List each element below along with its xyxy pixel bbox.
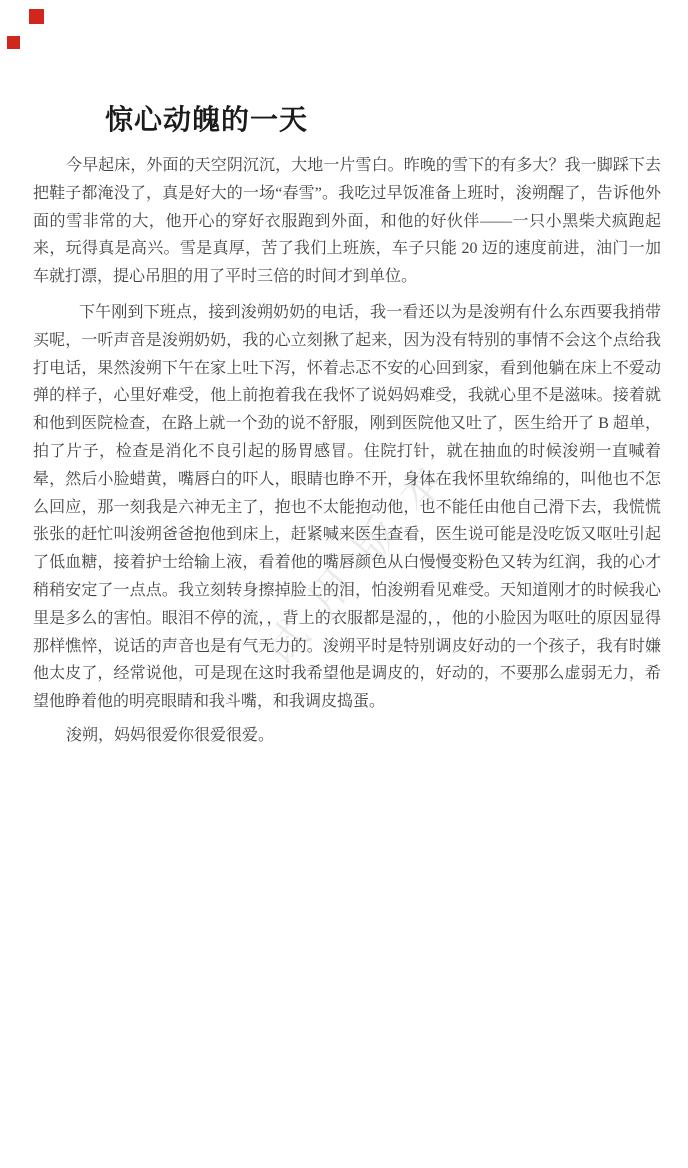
paragraph-closing-love: 浚朔，妈妈很爱你很爱很爱。 [33, 722, 661, 750]
paragraph-morning-snow: 今早起床，外面的天空阴沉沉，大地一片雪白。昨晚的雪下的有多大？我一脚踩下去把鞋子… [33, 152, 661, 291]
document-page: 试用版本 惊心动魄的一天 今早起床，外面的天空阴沉沉，大地一片雪白。昨晚的雪下的… [0, 0, 688, 1168]
page-title: 惊心动魄的一天 [105, 98, 308, 138]
red-square-marker-1 [29, 9, 44, 24]
paragraph-hospital: 下午刚到下班点，接到浚朔奶奶的电话，我一看还以为是浚朔有什么东西要我捎带买呢，一… [33, 299, 661, 716]
document-body: 今早起床，外面的天空阴沉沉，大地一片雪白。昨晚的雪下的有多大？我一脚踩下去把鞋子… [33, 152, 661, 750]
red-square-marker-2 [7, 36, 20, 49]
